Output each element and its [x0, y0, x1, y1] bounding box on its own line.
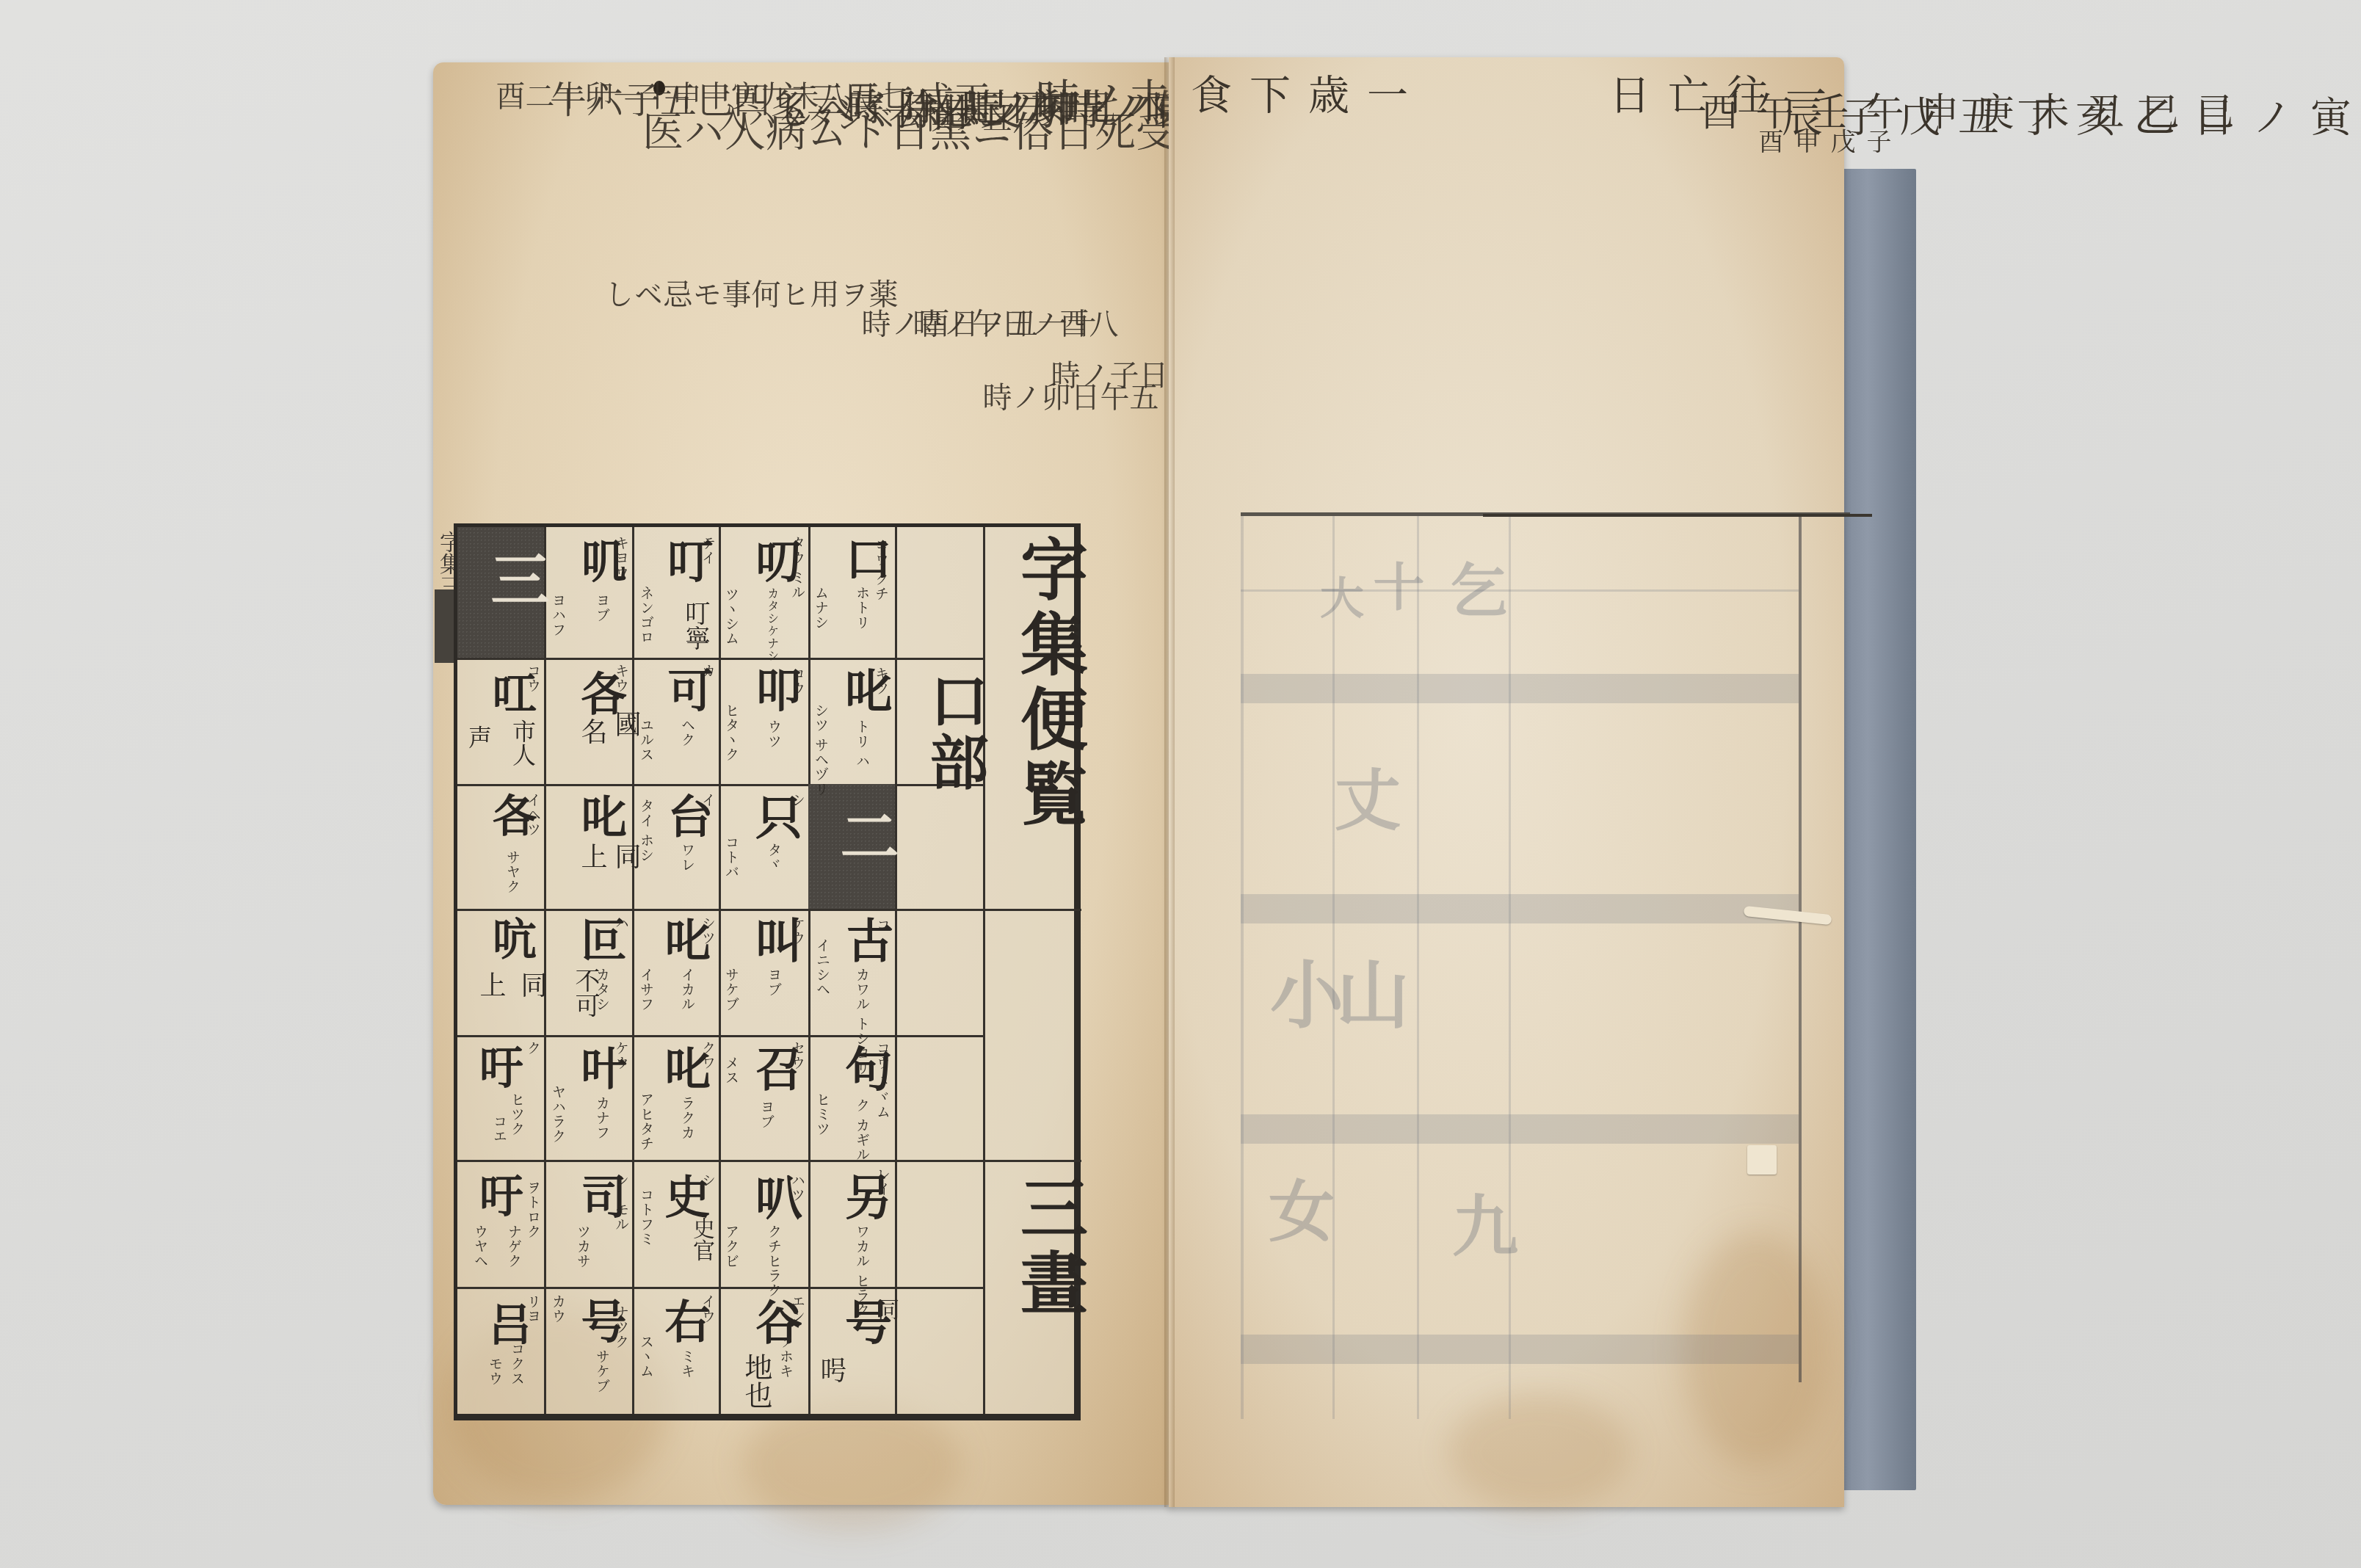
stroke-marker-band: 三 — [457, 527, 544, 658]
entry-reading: キツ — [873, 667, 888, 696]
entry-reading: シツ サヘヅリ — [813, 703, 827, 796]
grid-line — [457, 1160, 1081, 1162]
entry-reading: コ — [874, 918, 889, 932]
note-line: 十一丑ノ日 酉ノ時 — [859, 308, 1094, 342]
paper-tear — [1747, 1145, 1777, 1175]
entry-reading: コウ — [525, 664, 540, 693]
entry-reading: トリ ハ — [854, 719, 868, 769]
grid-line — [457, 909, 1081, 911]
note-line: 七丑 八未 九寅 十申 十一卯 十二酉 — [493, 81, 904, 115]
entry-reading: ヤハラク — [550, 1085, 565, 1144]
entry-reading: クチヒラク — [766, 1224, 780, 1298]
entry-note: 名 — [573, 718, 611, 744]
entry-note: 地也 — [736, 1353, 777, 1409]
entry-reading: ハ — [613, 916, 628, 931]
entry-reading: イヘツ — [525, 793, 540, 837]
entry-reading: アクビ — [723, 1224, 738, 1268]
entry-reading: キヨウ — [613, 536, 628, 580]
stroke-marker-band: 二 — [808, 784, 895, 909]
grid-line — [457, 1287, 983, 1289]
grid-line — [983, 527, 985, 1414]
entry-note: 市人 — [506, 719, 540, 766]
ghost-char: 小 — [1248, 957, 1354, 1030]
entry-reading: ツカサ — [575, 1224, 590, 1268]
ghost-line — [1799, 516, 1802, 1382]
entry-reading: コウ クチ — [873, 537, 888, 601]
entry-reading: ヨハフ — [550, 593, 565, 637]
entry-reading: イサフ — [638, 968, 653, 1012]
margin-strip: 字集三 — [432, 523, 457, 1420]
entry-reading: ワレ — [679, 843, 694, 872]
note-line: 一歳下食 — [1178, 73, 1413, 119]
entry-kanji: 吁 — [466, 1045, 529, 1089]
entry-reading: ツヽシム — [723, 587, 738, 646]
entry-reading: クワ — [700, 1041, 714, 1070]
entry-note: 史官 — [685, 1217, 717, 1261]
entry-reading: ケウ — [789, 916, 804, 945]
entry-reading: ネンゴロ — [638, 586, 653, 645]
entry-reading: ミキ — [679, 1349, 694, 1379]
entry-reading: サヤク — [504, 850, 519, 894]
grid-line — [632, 527, 634, 1414]
entry-reading: ムナシ — [813, 586, 827, 630]
stroke-marker-label: 三 — [474, 549, 558, 608]
entry-reading: セウ — [789, 1041, 804, 1070]
ghost-line — [1241, 516, 1244, 1419]
grid-line — [719, 527, 721, 1414]
entry-reading: メス — [723, 1056, 738, 1085]
entry-reading: ホトリ — [854, 586, 868, 630]
entry-reading: カウ — [550, 1294, 565, 1324]
entry-reading: モル — [613, 1202, 628, 1232]
entry-reading: ヘク — [679, 718, 694, 747]
entry-reading: イ — [700, 793, 714, 807]
entry-reading: ケウ — [613, 1041, 628, 1070]
entry-reading: ハツ — [789, 1173, 804, 1202]
entry-reading: ナゲク — [506, 1224, 521, 1268]
entry-reading: タウ ミル — [789, 536, 804, 600]
entry-reading: ラクカ — [679, 1096, 694, 1140]
entry-reading: レイ — [874, 1167, 889, 1197]
kanji-dictionary-table: 字集便覧 三畫 口部 三 二 口 コウ クチ ホトリ ムナシ 叱 キツ トリ ハ… — [454, 523, 1081, 1420]
ghost-band — [1241, 1114, 1799, 1144]
entry-reading: イカル — [679, 968, 694, 1012]
entry-reading: ヒミツ — [814, 1092, 829, 1136]
entry-reading: カタシ — [594, 968, 609, 1012]
entry-reading: ク — [525, 1041, 540, 1056]
entry-reading: ク カギル — [854, 1098, 868, 1162]
ghost-char: 丈 — [1314, 766, 1410, 832]
entry-reading: ヨブ — [758, 1100, 773, 1129]
entry-reading: コウ トヾム — [874, 1041, 889, 1119]
grid-line — [457, 658, 983, 660]
entry-reading: テイ — [700, 536, 714, 565]
entry-reading: コウ — [789, 667, 804, 696]
note-line: 薬ヲ用ヒ 何事モ忌ベし — [602, 279, 896, 313]
entry-reading: コトフミ — [638, 1188, 653, 1246]
entry-reading: サケブ — [723, 968, 738, 1012]
entry-reading: シ — [613, 1173, 628, 1188]
entry-reading: カナフ — [594, 1096, 609, 1140]
note-line: 一往亡日 — [1597, 73, 1832, 119]
ghost-band — [1241, 674, 1799, 703]
entry-reading: イウ — [700, 1294, 714, 1324]
entry-reading: アヒタチ — [638, 1092, 653, 1151]
entry-note: 声 — [462, 725, 496, 749]
entry-reading: ヒツク — [509, 1092, 523, 1136]
entry-reading: 呺 — [817, 1357, 845, 1384]
show-through-table: 十 大 乞 丈 山 小 女 九 — [1241, 512, 1850, 1426]
entry-note: 同 — [513, 971, 551, 998]
ghost-band — [1241, 894, 1799, 923]
separator-line — [1483, 514, 1872, 517]
ghost-char: 乞 — [1432, 560, 1516, 619]
entry-reading: ウツ — [766, 719, 780, 749]
entry-reading: ウヤヘ — [472, 1224, 487, 1268]
entry-note: 上 — [472, 971, 509, 998]
entry-reading: シ — [700, 1173, 714, 1188]
grid-line — [457, 1035, 983, 1037]
ghost-band — [1241, 1335, 1799, 1364]
entry-reading: モウ — [487, 1357, 501, 1386]
entry-note: 國 — [607, 711, 645, 737]
entry-kanji: 吭 — [479, 916, 543, 960]
grid-line — [895, 527, 897, 1414]
entry-note: 同 — [607, 843, 645, 869]
stroke-count-header: 三畫 — [1001, 1173, 1098, 1323]
entry-reading: ソホキ — [777, 1335, 792, 1379]
entry-reading: ヲトロク — [525, 1180, 540, 1239]
entry-reading: サケブ — [594, 1349, 609, 1393]
margin-black-block — [435, 589, 454, 663]
entry-kanji: 吁 — [466, 1173, 529, 1217]
radical-header: 口部 — [913, 670, 997, 794]
entry-reading: シ — [789, 793, 804, 807]
book-title: 字集便覧 — [1001, 534, 1098, 834]
entry-reading: コエ — [491, 1114, 506, 1144]
stroke-marker-label: 二 — [823, 806, 907, 865]
entry-reading: ヨブ — [594, 593, 609, 623]
book-gutter — [1164, 57, 1175, 1507]
ghost-char: 九 — [1432, 1191, 1527, 1257]
ghost-char: 大 — [1307, 575, 1370, 619]
entry-reading: リヨ — [525, 1294, 540, 1324]
note-line: 五午日 卯ノ時 — [980, 382, 1156, 415]
entry-note: 上 — [573, 843, 611, 869]
entry-reading: ヒタヽク — [723, 703, 738, 762]
ghost-line — [1509, 516, 1511, 1419]
entry-reading: エン — [789, 1294, 804, 1324]
entry-reading: ヨブ — [766, 968, 780, 997]
entry-kanji: 叱 — [567, 793, 633, 838]
entry-reading: カ — [700, 664, 714, 678]
grid-line — [808, 527, 810, 1414]
entry-reading: 同 — [874, 1298, 898, 1321]
entry-reading: シツ — [700, 916, 714, 945]
entry-reading: スヽム — [638, 1335, 653, 1379]
entry-reading: キウ — [613, 664, 628, 693]
grid-line — [544, 527, 546, 1414]
ghost-char: 女 — [1248, 1177, 1343, 1243]
entry-reading: カタシケナシ — [766, 587, 778, 662]
entry-reading: ナツク — [613, 1305, 628, 1349]
entry-reading: コトバ — [723, 835, 738, 879]
entry-reading: コクス — [509, 1342, 523, 1386]
entry-reading: イニシヘ — [814, 938, 829, 997]
entry-reading: タヾ — [766, 843, 780, 872]
entry-note: 叮寧 — [678, 600, 714, 650]
